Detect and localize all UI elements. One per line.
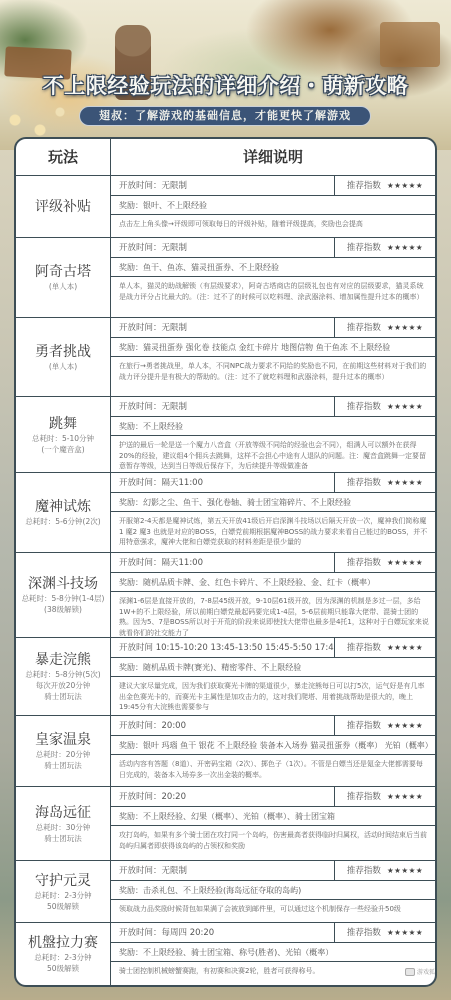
description: 建议大家尽量完成，因为我们获取赛光卡牌的渠道很少，暴走浣熊每日可以打5次，运气好… [111,677,435,715]
reward-line: 奖励：击杀礼包、不上限经验(海岛远征夺取的岛屿) [111,881,435,900]
open-time: 开放时间：20:20 [111,787,335,807]
activity-note: 50级解锁 [47,963,79,974]
reward-line: 奖励：猫灵扭蛋券 强化卷 技能点 金红卡碎片 地图信物 鱼干鱼冻 不上限经验 [111,338,435,357]
detail-header-line: 开放时间：无限制 推荐指数★★★★★ [111,318,435,338]
recommend-label: 推荐指数 [347,928,381,938]
table-row: 评级补贴 开放时间：无限制 推荐指数★★★★★ 奖励：银叶、不上限经验 点击左上… [16,176,435,238]
village-house-art [380,22,440,67]
table-row: 机盤拉力赛 总耗时：2-3分钟50级解锁 开放时间：每周四 20:20 推荐指数… [16,923,435,985]
activity-name-cell: 深渊斗技场 总耗时：5-8分钟(1-4层)(38级解锁) [16,553,111,637]
recommend-label: 推荐指数 [347,243,381,253]
description: 骑士团控制机械螃蟹赛跑，有初赛和决赛2轮，胜者可获得称号。 [111,962,435,985]
reward-line: 奖励：鱼干、鱼冻、猫灵扭蛋券、不上限经验 [111,258,435,277]
open-time: 开放时间：隔天11:00 [111,473,335,493]
reward-line: 奖励：银叶 玛瑙 鱼干 银花 不上限经验 装备本入场券 猫灵扭蛋券（概率） 光铂… [111,736,435,755]
recommend-index: 推荐指数★★★★★ [335,318,435,338]
recommend-index: 推荐指数★★★★★ [335,238,435,258]
description: 攻打岛屿，如果有多个骑士团在攻打同一个岛屿，伤害最高者获得临时归属权，活动时间结… [111,826,435,860]
description: 点击左上角头像→评级即可领取每日的评级补贴，随着评级提高，奖励也会提高 [111,215,435,237]
detail-header-line: 开放时间：隔天11:00 推荐指数★★★★★ [111,473,435,493]
recommend-index: 推荐指数★★★★★ [335,716,435,736]
open-time: 开放时间：无限制 [111,238,335,258]
recommend-index: 推荐指数★★★★★ [335,397,435,417]
activity-note: 每次开放20分钟 [36,680,91,691]
activity-note: 总耗时：5-10分钟 [32,433,94,444]
activity-detail-cell: 开放时间 10:15-10:20 13:45-13:50 15:45-5:50 … [111,638,435,715]
reward-line: 奖励：幻影之尘、鱼干、强化卷轴、骑士团宝箱碎片、不上限经验 [111,493,435,512]
activity-note: 骑士团玩法 [44,833,82,844]
reward-line: 奖励：随机品质卡牌、金、红色卡碎片、不上限经验、金、红卡（概率） [111,573,435,592]
activity-note: (单人本) [49,361,77,372]
activity-note: 50级解锁 [47,901,79,912]
description: 活动内容有答题（8道）、开密码宝箱（2次）、掷色子（1次）。不管是白嫖当还是氪金… [111,755,435,786]
description: 深渊1-6层是直接开放的，7-8层45级开放，9-10层61级开放，因为深渊的机… [111,592,435,637]
activity-note: 总耗时：5-8分钟(1-4层) [22,593,105,604]
activity-name-cell: 暴走浣熊 总耗时：5-8分钟(5次)每次开放20分钟骑士团玩法 [16,638,111,715]
table-row: 深渊斗技场 总耗时：5-8分钟(1-4层)(38级解锁) 开放时间：隔天11:0… [16,553,435,638]
description: 开服第2-4天都是魔神试炼，第五天开放41级后开启深渊斗技场以后隔天开放一次，魔… [111,512,435,552]
activity-detail-cell: 开放时间：无限制 推荐指数★★★★★ 奖励：猫灵扭蛋券 强化卷 技能点 金红卡碎… [111,318,435,396]
star-rating-icon: ★★★★★ [387,792,423,801]
activity-note: 总耗时：2-3分钟 [34,890,91,901]
activity-name: 勇者挑战 [35,343,91,361]
recommend-label: 推荐指数 [347,402,381,412]
page-title: 不上限经验玩法的详细介绍・萌新攻略 [0,70,451,100]
table-row: 阿奇古塔 (单人本) 开放时间：无限制 推荐指数★★★★★ 奖励：鱼干、鱼冻、猫… [16,238,435,318]
activity-name-cell: 机盤拉力赛 总耗时：2-3分钟50级解锁 [16,923,111,985]
reward-line: 奖励：不上限经验、幻果（概率）、光铂（概率）、骑士团宝箱 [111,807,435,826]
activity-detail-cell: 开放时间：20:00 推荐指数★★★★★ 奖励：银叶 玛瑙 鱼干 银花 不上限经… [111,716,435,786]
table-row: 魔神试炼 总耗时：5-6分钟(2次) 开放时间：隔天11:00 推荐指数★★★★… [16,473,435,553]
open-time: 开放时间：无限制 [111,176,335,196]
activity-name: 深渊斗技场 [28,575,98,593]
star-rating-icon: ★★★★★ [387,478,423,487]
activity-name-cell: 海岛远征 总耗时：30分钟骑士团玩法 [16,787,111,860]
description: 护送的最后一轮是送一个魔力八音盒（开放等级不同给的经验也会不同），组满人可以额外… [111,436,435,472]
activity-detail-cell: 开放时间：无限制 推荐指数★★★★★ 奖励：银叶、不上限经验 点击左上角头像→评… [111,176,435,237]
star-rating-icon: ★★★★★ [387,402,423,411]
open-time: 开放时间：无限制 [111,397,335,417]
activity-name-cell: 守护元灵 总耗时：2-3分钟50级解锁 [16,861,111,922]
activity-note: 总耗时：20分钟 [36,749,91,760]
activity-note: 总耗时：2-3分钟 [34,952,91,963]
recommend-index: 推荐指数★★★★★ [335,176,435,196]
activity-name: 跳舞 [49,415,77,433]
activity-note: (单人本) [49,281,77,292]
open-time: 开放时间：无限制 [111,318,335,338]
activity-note: 总耗时：30分钟 [36,822,91,833]
open-time: 开放时间 10:15-10:20 13:45-13:50 15:45-5:50 … [111,638,335,658]
recommend-label: 推荐指数 [347,181,381,191]
star-rating-icon: ★★★★★ [387,643,423,652]
recommend-label: 推荐指数 [347,721,381,731]
table-row: 暴走浣熊 总耗时：5-8分钟(5次)每次开放20分钟骑士团玩法 开放时间 10:… [16,638,435,716]
activity-name: 评级补贴 [35,198,91,216]
activity-name: 魔神试炼 [35,498,91,516]
description: 在旅行→勇者挑战里，单人本，不同NPC战力要求不同给的奖励也不同，在前期这些材料… [111,357,435,396]
reward-line: 奖励：银叶、不上限经验 [111,196,435,215]
activity-note: 总耗时：5-6分钟(2次) [25,516,100,527]
star-rating-icon: ★★★★★ [387,928,423,937]
recommend-index: 推荐指数★★★★★ [335,473,435,493]
activity-note: (一个魔音盒) [41,444,84,455]
description: 单人本，猫灵的助战解锁（有层级要求），阿奇古塔商店的层级礼包也有对应的层级要求，… [111,277,435,317]
recommend-label: 推荐指数 [347,558,381,568]
recommend-label: 推荐指数 [347,792,381,802]
table-row: 守护元灵 总耗时：2-3分钟50级解锁 开放时间：无限制 推荐指数★★★★★ 奖… [16,861,435,923]
watermark-logo-icon [405,968,415,976]
activity-note: (38级解锁) [44,604,82,615]
activity-name-cell: 阿奇古塔 (单人本) [16,238,111,317]
recommend-index: 推荐指数★★★★★ [335,861,435,881]
table-header: 玩法 详细说明 [16,139,435,176]
activity-name: 暴走浣熊 [35,651,91,669]
star-rating-icon: ★★★★★ [387,243,423,252]
activity-name: 皇家温泉 [35,731,91,749]
detail-header-line: 开放时间：无限制 推荐指数★★★★★ [111,397,435,417]
table-row: 海岛远征 总耗时：30分钟骑士团玩法 开放时间：20:20 推荐指数★★★★★ … [16,787,435,861]
table-row: 皇家温泉 总耗时：20分钟骑士团玩法 开放时间：20:00 推荐指数★★★★★ … [16,716,435,787]
table-row: 勇者挑战 (单人本) 开放时间：无限制 推荐指数★★★★★ 奖励：猫灵扭蛋券 强… [16,318,435,397]
page-subtitle: 翅叔：了解游戏的基础信息，才能更快了解游戏 [79,106,371,126]
reward-line: 奖励：随机品质卡牌(赛光)、精密零件、不上限经验 [111,658,435,677]
activity-name: 海岛远征 [35,804,91,822]
activity-name-cell: 魔神试炼 总耗时：5-6分钟(2次) [16,473,111,552]
recommend-label: 推荐指数 [347,478,381,488]
activity-name: 机盤拉力赛 [28,934,98,952]
detail-header-line: 开放时间 10:15-10:20 13:45-13:50 15:45-5:50 … [111,638,435,658]
activity-note: 骑士团玩法 [44,691,82,702]
activity-name: 守护元灵 [35,872,91,890]
activity-detail-cell: 开放时间：隔天11:00 推荐指数★★★★★ 奖励：幻影之尘、鱼干、强化卷轴、骑… [111,473,435,552]
watermark-text: 游戏狐 [417,967,435,976]
open-time: 开放时间：20:00 [111,716,335,736]
table-row: 跳舞 总耗时：5-10分钟(一个魔音盒) 开放时间：无限制 推荐指数★★★★★ … [16,397,435,473]
star-rating-icon: ★★★★★ [387,558,423,567]
reward-line: 奖励：不上限经验、骑士团宝箱、称号(胜者)、光铂（概率） [111,943,435,962]
detail-header-line: 开放时间：隔天11:00 推荐指数★★★★★ [111,553,435,573]
detail-header-line: 开放时间：每周四 20:20 推荐指数★★★★★ [111,923,435,943]
column-header-details: 详细说明 [111,139,435,176]
activity-name: 阿奇古塔 [35,263,91,281]
activity-detail-cell: 开放时间：无限制 推荐指数★★★★★ 奖励：不上限经验 护送的最后一轮是送一个魔… [111,397,435,472]
star-rating-icon: ★★★★★ [387,866,423,875]
activity-name-cell: 评级补贴 [16,176,111,237]
activity-detail-cell: 开放时间：无限制 推荐指数★★★★★ 奖励：击杀礼包、不上限经验(海岛远征夺取的… [111,861,435,922]
watermark: 游戏狐 [405,967,435,976]
recommend-label: 推荐指数 [347,323,381,333]
detail-header-line: 开放时间：无限制 推荐指数★★★★★ [111,861,435,881]
reward-line: 奖励：不上限经验 [111,417,435,436]
activity-table: 玩法 详细说明 评级补贴 开放时间：无限制 推荐指数★★★★★ 奖励：银叶、不上… [14,137,437,987]
activity-name-cell: 跳舞 总耗时：5-10分钟(一个魔音盒) [16,397,111,472]
activity-detail-cell: 开放时间：隔天11:00 推荐指数★★★★★ 奖励：随机品质卡牌、金、红色卡碎片… [111,553,435,637]
activity-detail-cell: 开放时间：20:20 推荐指数★★★★★ 奖励：不上限经验、幻果（概率）、光铂（… [111,787,435,860]
detail-header-line: 开放时间：20:00 推荐指数★★★★★ [111,716,435,736]
column-header-activity: 玩法 [16,139,111,176]
recommend-index: 推荐指数★★★★★ [335,787,435,807]
star-rating-icon: ★★★★★ [387,721,423,730]
recommend-label: 推荐指数 [347,866,381,876]
open-time: 开放时间：无限制 [111,861,335,881]
star-rating-icon: ★★★★★ [387,323,423,332]
activity-detail-cell: 开放时间：无限制 推荐指数★★★★★ 奖励：鱼干、鱼冻、猫灵扭蛋券、不上限经验 … [111,238,435,317]
description: 领取战力品奖励时候背包如果满了会被放到邮件里，可以通过这个机制保存一些经验升50… [111,900,435,922]
activity-detail-cell: 开放时间：每周四 20:20 推荐指数★★★★★ 奖励：不上限经验、骑士团宝箱、… [111,923,435,985]
star-rating-icon: ★★★★★ [387,181,423,190]
recommend-index: 推荐指数★★★★★ [335,553,435,573]
open-time: 开放时间：隔天11:00 [111,553,335,573]
detail-header-line: 开放时间：20:20 推荐指数★★★★★ [111,787,435,807]
recommend-label: 推荐指数 [347,643,381,653]
recommend-index: 推荐指数★★★★★ [335,638,435,658]
activity-note: 总耗时：5-8分钟(5次) [25,669,100,680]
activity-name-cell: 勇者挑战 (单人本) [16,318,111,396]
recommend-index: 推荐指数★★★★★ [335,923,435,943]
detail-header-line: 开放时间：无限制 推荐指数★★★★★ [111,238,435,258]
detail-header-line: 开放时间：无限制 推荐指数★★★★★ [111,176,435,196]
activity-note: 骑士团玩法 [44,760,82,771]
open-time: 开放时间：每周四 20:20 [111,923,335,943]
activity-name-cell: 皇家温泉 总耗时：20分钟骑士团玩法 [16,716,111,786]
